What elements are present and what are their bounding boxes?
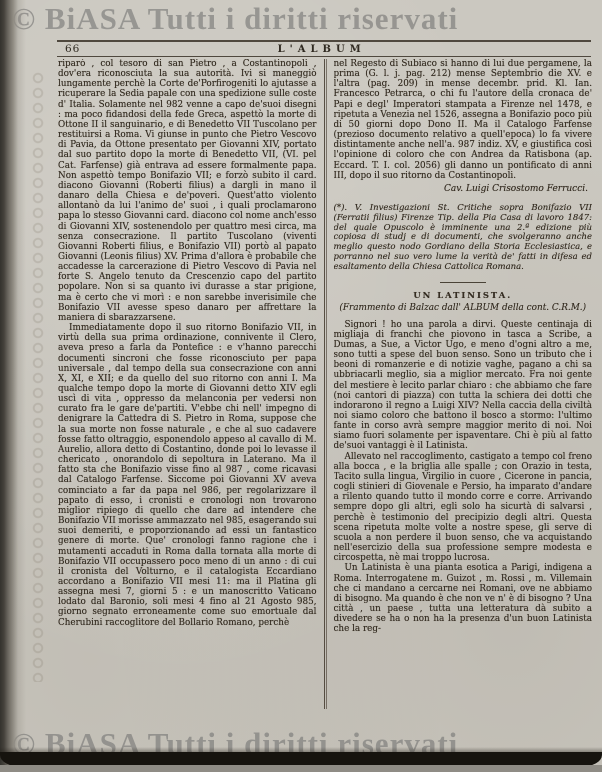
header-rule-top: [57, 40, 591, 42]
paragraph: nel Regesto di Subiaco si hanno di lui d…: [334, 59, 593, 181]
watermark-top: © BiASA Tutti i diritti riservati: [12, 1, 458, 37]
paragraph: Signori ! ho una parola a dirvi. Queste …: [334, 320, 593, 452]
paragraph: Allevato nel raccoglimento, castigato a …: [334, 452, 593, 564]
paragraph: riparò , col tesoro di san Pietro , a Co…: [58, 59, 317, 323]
section-subtitle: (Frammento di Balzac dall' ALBUM della c…: [334, 303, 593, 313]
book-binding-edge: [0, 0, 26, 772]
text-columns: riparò , col tesoro di san Pietro , a Co…: [58, 59, 592, 709]
header-row: 66 L'ALBUM: [57, 42, 591, 56]
paragraph: Un Latinista è una pianta esotica a Pari…: [334, 563, 593, 634]
column-divider-rule: [324, 59, 327, 709]
author-signature: Cav. Luigi Crisostomo Ferrucci.: [334, 184, 589, 194]
scanned-page: © BiASA Tutti i diritti riservati 66 L'A…: [0, 0, 602, 772]
footnote: (*). V. Investigazioni St. Critiche sopr…: [334, 204, 593, 273]
section-divider-rule: [440, 282, 486, 283]
scanner-background-strip: [0, 765, 602, 772]
page-header: 66 L'ALBUM: [57, 40, 591, 57]
header-rule-bottom: [57, 56, 591, 57]
left-column: riparò , col tesoro di san Pietro , a Co…: [58, 59, 317, 709]
paragraph: Immediatamente dopo il suo ritorno Bonif…: [58, 323, 317, 628]
section-title: UN LATINISTA.: [334, 290, 593, 300]
journal-title: L'ALBUM: [66, 44, 577, 55]
show-through-ornament: [30, 70, 46, 682]
right-column: nel Regesto di Subiaco si hanno di lui d…: [334, 59, 593, 709]
